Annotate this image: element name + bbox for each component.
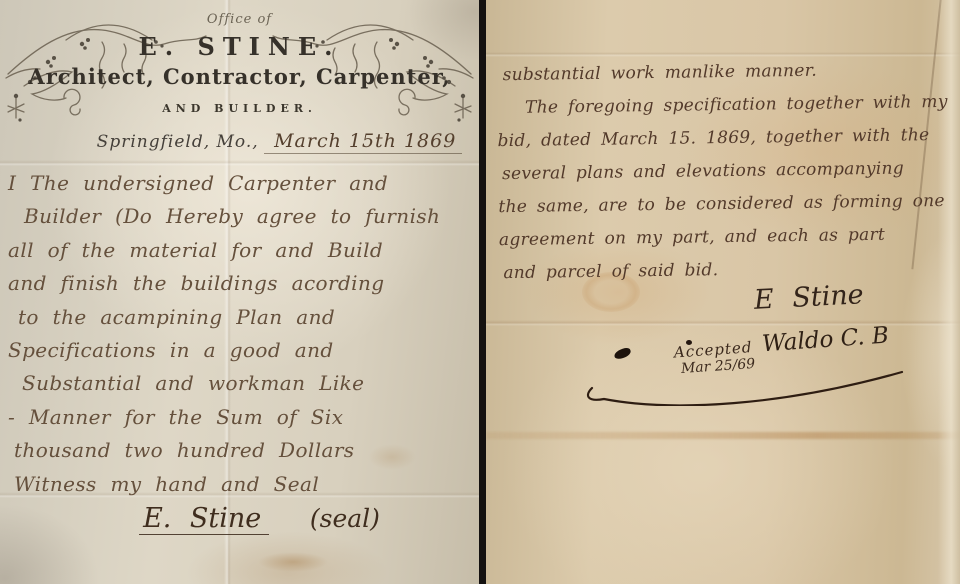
letterhead-office-of: Office of [0,12,479,27]
handwritten-line: thousand two hundred Dollars [8,434,477,467]
handwritten-line: the same, are to be considered as formin… [498,185,954,224]
signature-e-stine: E Stine [753,279,864,316]
letterhead-subtitle: AND BUILDER. [0,102,479,115]
letterhead-name: E. STINE. [0,32,479,61]
left-signature-row: E. Stine (seal) [0,503,479,534]
flourish-underline-icon [582,366,912,406]
handwritten-line: Builder (Do Hereby agree to furnish [8,200,477,233]
dateline-handwritten-date: March 15th 1869 [264,130,462,154]
signature-e-stine: E. Stine [139,503,269,535]
right-page: substantial work manlike manner. The for… [486,0,960,584]
document-photo: Office of E. STINE. Architect, Contracto… [0,0,960,584]
paper-stain [258,552,328,572]
handwritten-line: all of the material for and Build [8,234,477,267]
seal-note: (seal) [310,504,380,533]
handwritten-line: Witness my hand and Seal [8,468,477,501]
dateline-place: Springfield, Mo., [97,132,259,152]
handwritten-line: and finish the buildings acording [8,267,477,300]
letterhead-titles: Architect, Contractor, Carpenter, [0,64,479,89]
handwritten-line: Specifications in a good and [8,334,477,367]
right-page-body: substantial work manlike manner. The for… [496,53,955,290]
ink-blot [613,347,632,361]
handwritten-line: - Manner for the Sum of Six [8,401,477,434]
handwritten-line: Substantial and workman Like [8,367,477,400]
left-page: Office of E. STINE. Architect, Contracto… [0,0,479,584]
stained-fold-crease [486,432,960,439]
horizontal-fold-crease [486,320,960,326]
dateline: Springfield, Mo., March 15th 1869 [0,130,479,152]
handwritten-line: and parcel of said bid. [499,251,955,290]
handwritten-line: to the acampining Plan and [8,301,477,334]
handwritten-line: I The undersigned Carpenter and [8,167,477,200]
horizontal-fold-crease [0,160,479,166]
left-page-body: I The undersigned Carpenter and Builder … [8,167,477,501]
